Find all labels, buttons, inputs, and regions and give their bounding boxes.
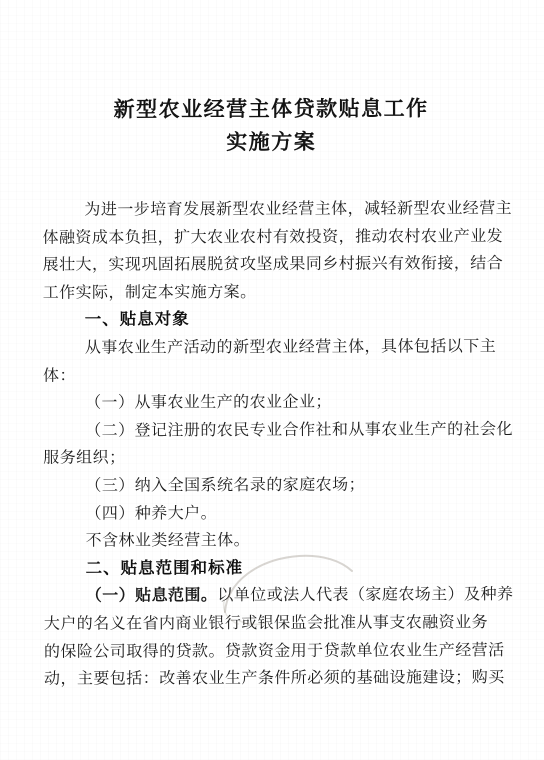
- text-line: 从事农业生产活动的新型农业经营主体，具体包括以下主: [43, 333, 483, 362]
- text-segment: 的保险公司取得的贷款。贷款资金用于贷款单位农业生产经营活: [44, 642, 505, 661]
- text-segment: 动，主要包括：改善农业生产条件所必须的基础设施建设；购买: [44, 669, 505, 688]
- text-line: （三）纳入全国系统名录的家庭农场；: [43, 471, 483, 500]
- text-segment: 服务组织；: [43, 450, 125, 467]
- text-segment: 体融资成本负担，扩大农业农村有效投资，推动农村农业产业发: [42, 228, 503, 247]
- text-segment: （四）种养大户。: [85, 505, 217, 522]
- text-line: 工作实际，制定本实施方案。: [43, 278, 483, 307]
- text-segment: 展壮大，实现巩固拓展脱贫攻坚成果同乡村振兴有效衔接，结合: [43, 255, 504, 274]
- text-segment: 大户的名义在省内商业银行或银保监会批准从事支农融资业务: [44, 614, 488, 633]
- text-line: （二）登记注册的农民专业合作社和从事农业生产的社会化: [43, 416, 483, 445]
- text-line: 为进一步培育发展新型农业经营主体，减轻新型农业经营主: [42, 195, 482, 224]
- text-segment: 二、贴息范围和标准: [86, 559, 244, 578]
- text-segment: （一）从事农业生产的农业企业；: [85, 394, 332, 412]
- text-segment: 不含林业类经营主体。: [86, 532, 251, 550]
- text-segment: 工作实际，制定本实施方案。: [43, 284, 257, 302]
- text-segment: （一）贴息范围。: [86, 588, 218, 605]
- text-line: （一）贴息范围。以单位或法人代表（家庭农场主）及种养: [44, 582, 484, 611]
- text-line: 展壮大，实现巩固拓展脱贫攻坚成果同乡村振兴有效衔接，结合: [43, 250, 483, 279]
- document-content: 新型农业经营主体贷款贴息工作实施方案 为进一步培育发展新型农业经营主体，减轻新型…: [0, 0, 544, 760]
- text-segment: （二）登记注册的农民专业合作社和从事农业生产的社会化: [85, 421, 513, 439]
- scanned-page: 新型农业经营主体贷款贴息工作实施方案 为进一步培育发展新型农业经营主体，减轻新型…: [0, 0, 544, 760]
- text-segment: 体：: [43, 367, 76, 384]
- text-line: 动，主要包括：改善农业生产条件所必须的基础设施建设；购买: [44, 664, 484, 693]
- text-segment: （三）纳入全国系统名录的家庭农场；: [85, 477, 365, 495]
- section-heading: 一、贴息对象: [43, 306, 483, 335]
- text-line: 大户的名义在省内商业银行或银保监会批准从事支农融资业务: [44, 609, 484, 638]
- text-line: 服务组织；: [43, 444, 483, 473]
- text-line: （四）种养大户。: [43, 499, 483, 528]
- text-segment: 为进一步培育发展新型农业经营主体，减轻新型农业经营主: [84, 200, 512, 218]
- text-line: 不含林业类经营主体。: [44, 526, 484, 555]
- section-heading: 二、贴息范围和标准: [44, 554, 484, 583]
- text-segment: 从事农业生产活动的新型农业经营主体，具体包括以下主: [85, 338, 496, 356]
- title-line: 实施方案: [0, 125, 543, 160]
- text-line: 的保险公司取得的贷款。贷款资金用于贷款单位农业生产经营活: [44, 637, 484, 666]
- text-segment: 以单位或法人代表（家庭农场主）及种养: [217, 586, 513, 604]
- document-title: 新型农业经营主体贷款贴息工作实施方案: [0, 92, 543, 160]
- text-line: 体融资成本负担，扩大农业农村有效投资，推动农村农业产业发: [42, 223, 482, 252]
- document-body: 为进一步培育发展新型农业经营主体，减轻新型农业经营主体融资成本负担，扩大农业农村…: [42, 195, 484, 693]
- title-line: 新型农业经营主体贷款贴息工作: [0, 92, 543, 127]
- text-segment: 一、贴息对象: [85, 311, 190, 329]
- text-line: （一）从事农业生产的农业企业；: [43, 388, 483, 417]
- text-line: 体：: [43, 361, 483, 390]
